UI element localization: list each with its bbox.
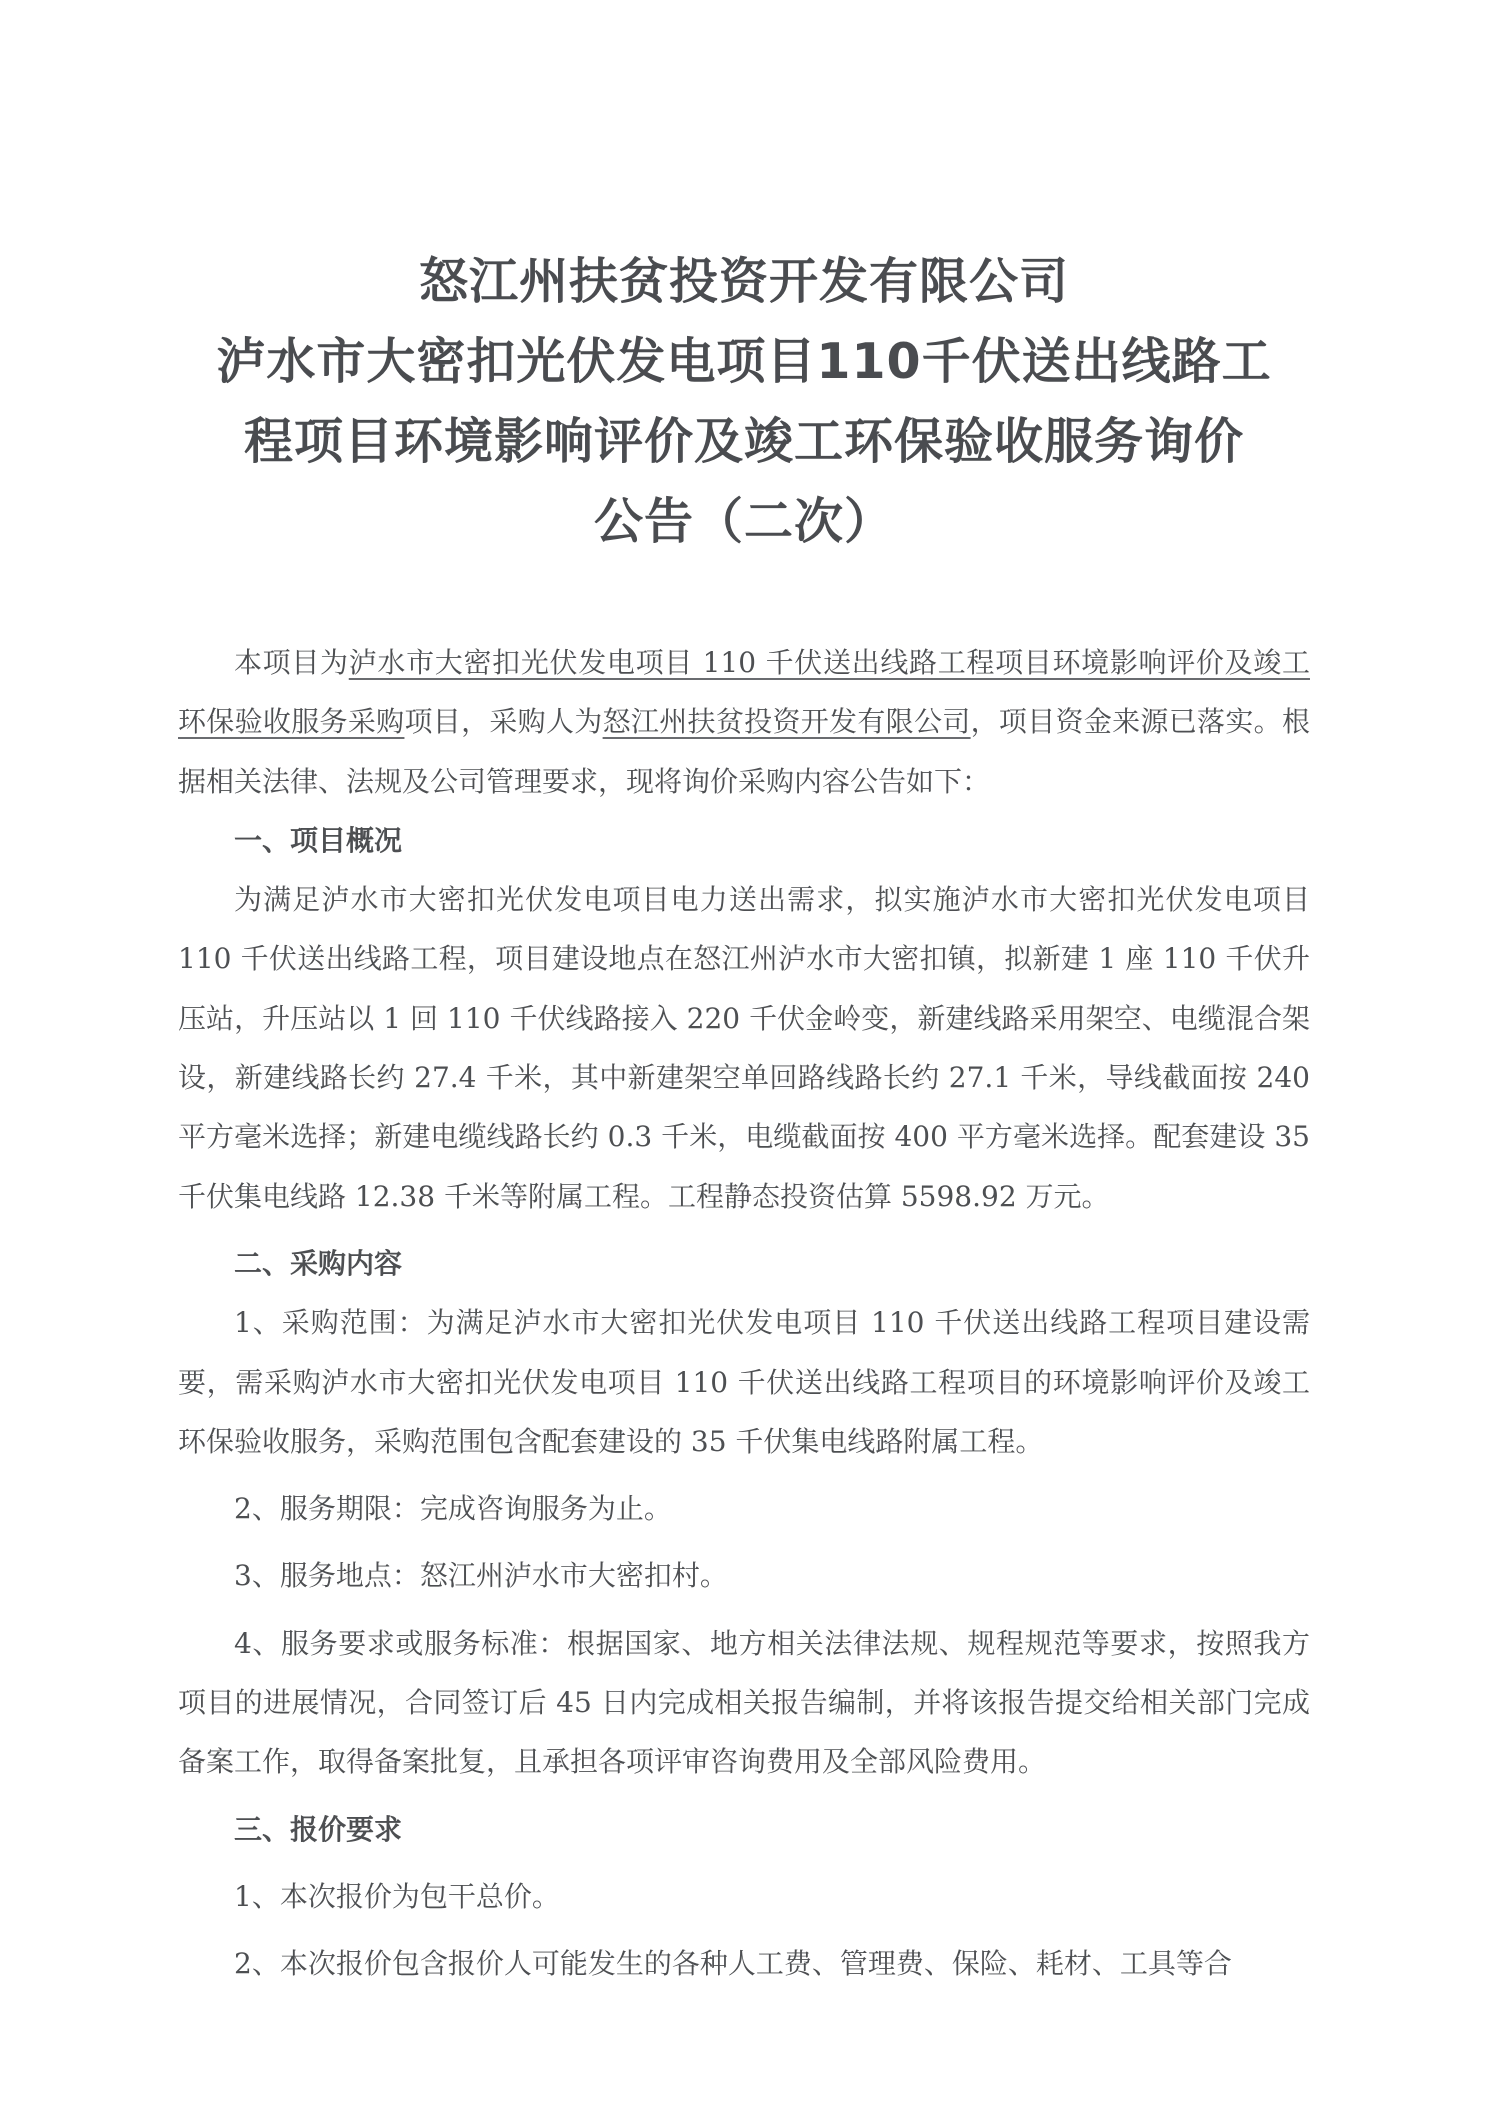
title-line-project-1: 泸水市大密扣光伏发电项目110千伏送出线路工 — [150, 322, 1338, 402]
document-title: 怒江州扶贫投资开发有限公司 泸水市大密扣光伏发电项目110千伏送出线路工 程项目… — [150, 242, 1338, 562]
service-requirements: 4、服务要求或服务标准：根据国家、地方相关法律法规、规程规范等要求，按照我方项目… — [178, 1614, 1310, 1792]
intro-prefix: 本项目为 — [234, 646, 349, 679]
section-heading-procurement: 二、采购内容 — [178, 1234, 1310, 1293]
quotation-item-2: 2、本次报价包含报价人可能发生的各种人工费、管理费、保险、耗材、工具等合 — [178, 1934, 1310, 1993]
section-heading-quotation: 三、报价要求 — [178, 1800, 1310, 1859]
title-line-project-2: 程项目环境影响评价及竣工环保验收服务询价 — [150, 402, 1338, 482]
title-line-company: 怒江州扶贫投资开发有限公司 — [150, 242, 1338, 322]
service-period: 2、服务期限：完成咨询服务为止。 — [178, 1479, 1310, 1538]
intro-middle: 项目，采购人为 — [404, 705, 602, 738]
service-location: 3、服务地点：怒江州泸水市大密扣村。 — [178, 1546, 1310, 1605]
document-body: 本项目为泸水市大密扣光伏发电项目 110 千伏送出线路工程项目环境影响评价及竣工… — [178, 633, 1310, 1994]
quotation-item-1: 1、本次报价为包干总价。 — [178, 1867, 1310, 1926]
purchaser-name: 怒江州扶贫投资开发有限公司 — [603, 705, 971, 738]
title-line-notice: 公告（二次） — [150, 482, 1338, 562]
section-heading-overview: 一、项目概况 — [178, 811, 1310, 870]
procurement-scope: 1、采购范围：为满足泸水市大密扣光伏发电项目 110 千伏送出线路工程项目建设需… — [178, 1293, 1310, 1471]
intro-paragraph: 本项目为泸水市大密扣光伏发电项目 110 千伏送出线路工程项目环境影响评价及竣工… — [178, 633, 1310, 811]
overview-paragraph: 为满足泸水市大密扣光伏发电项目电力送出需求，拟实施泸水市大密扣光伏发电项目 11… — [178, 870, 1310, 1226]
document-page: 怒江州扶贫投资开发有限公司 泸水市大密扣光伏发电项目110千伏送出线路工 程项目… — [0, 0, 1488, 2106]
